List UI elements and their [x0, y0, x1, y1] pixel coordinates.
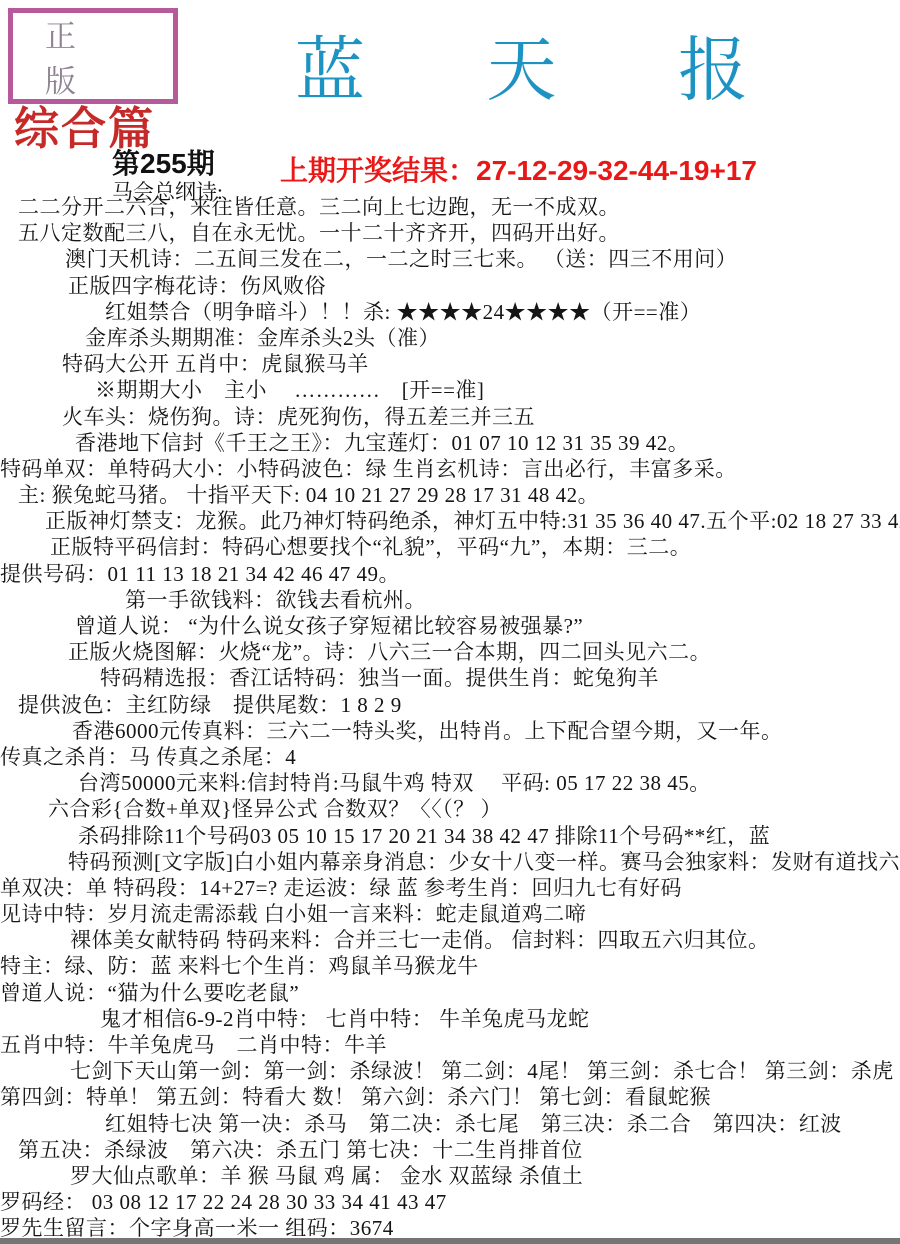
authentic-badge: 正 版	[8, 8, 178, 104]
body-text: 二二分开二六合，来往皆任意。三二向上七边跑，无一不成双。五八定数配三八，自在永无…	[0, 194, 900, 1242]
last-draw-result: 上期开奖结果：27-12-29-32-44-19+17	[280, 149, 757, 189]
text-line: 六合彩{合数+单双}怪异公式 合数双？〈〈（？ ）	[0, 796, 900, 822]
text-line: 第一手欲钱料：欲钱去看杭州。	[0, 587, 900, 613]
text-line: 第五决：杀绿波 第六决：杀五门 第七决：十二生肖排首位	[0, 1137, 900, 1163]
text-line: 火车头：烧伤狗。诗：虎死狗伤，得五差三并三五	[0, 404, 900, 430]
text-line: 二二分开二六合，来往皆任意。三二向上七边跑，无一不成双。	[0, 194, 900, 220]
text-line: 澳门天机诗：二五间三发在二，一二之时三七来。 （送：四三不用问）	[0, 246, 900, 272]
newspaper-page: 正 版 蓝 天 报 综合篇 第255期 上期开奖结果：27-12-29-32-4…	[0, 0, 900, 1244]
text-line: 台湾50000元来料:信封特肖:马鼠牛鸡 特双 平码: 05 17 22 38 …	[0, 770, 900, 796]
text-line: 红姐禁合（明争暗斗）！！杀: ★★★★24★★★★（开==准）	[0, 299, 900, 325]
text-line: 提供波色：主红防绿 提供尾数：1 8 2 9	[0, 692, 900, 718]
text-line: 五肖中特：牛羊兔虎马 二肖中特：牛羊	[0, 1032, 900, 1058]
text-line: 提供号码：01 11 13 18 21 34 42 46 47 49。	[0, 561, 900, 587]
text-line: 七剑下天山第一剑：第一剑：杀绿波！ 第二剑：4尾！ 第三剑：杀七合！ 第三剑：杀…	[0, 1058, 900, 1084]
text-line: 曾道人说：“猫为什么要吃老鼠”	[0, 980, 900, 1006]
text-line: 杀码排除11个号码03 05 10 15 17 20 21 34 38 42 4…	[0, 823, 900, 849]
text-line: 曾道人说： “为什么说女孩子穿短裙比较容易被强暴?”	[0, 613, 900, 639]
text-line: 见诗中特：岁月流走需添载 白小姐一言来料：蛇走鼠道鸡二啼	[0, 901, 900, 927]
text-line: 单双决：单 特码段：14+27=? 走运波：绿 蓝 参考生肖：回归九七有好码	[0, 875, 900, 901]
text-line: 罗大仙点歌单：羊 猴 马鼠 鸡 属： 金水 双蓝绿 杀值土	[0, 1163, 900, 1189]
text-line: 传真之杀肖：马 传真之杀尾：4	[0, 744, 900, 770]
text-line: 香港6000元传真料：三六二一特头奖，出特肖。上下配合望今期，又一年。	[0, 718, 900, 744]
text-line: 正版火烧图解：火烧“龙”。诗：八六三一合本期，四二回头见六二。	[0, 639, 900, 665]
text-line: 特码大公开 五肖中：虎鼠猴马羊	[0, 351, 900, 377]
text-line: 鬼才相信6-9-2肖中特： 七肖中特： 牛羊兔虎马龙蛇	[0, 1006, 900, 1032]
text-line: 红姐特七决 第一决：杀马 第二决：杀七尾 第三决：杀二合 第四决：红波	[0, 1111, 900, 1137]
text-line: 正版神灯禁支：龙猴。此乃神灯特码绝杀，神灯五中特:31 35 36 40 47.…	[0, 508, 900, 534]
page-title: 蓝 天 报	[295, 14, 800, 115]
text-line: 罗码经： 03 08 12 17 22 24 28 30 33 34 41 43…	[0, 1189, 900, 1215]
text-line: ※期期大小 主小 ………… [开==准]	[0, 377, 900, 403]
text-line: 特主：绿、防：蓝 来料七个生肖：鸡鼠羊马猴龙牛	[0, 953, 900, 979]
text-line: 香港地下信封《千王之王》：九宝莲灯：01 07 10 12 31 35 39 4…	[0, 430, 900, 456]
text-line: 特码精选报：香江话特码：独当一面。提供生肖：蛇兔狗羊	[0, 665, 900, 691]
text-line: 五八定数配三八，自在永无忧。一十二十齐齐开，四码开出好。	[0, 220, 900, 246]
authentic-badge-label: 正 版	[11, 11, 175, 101]
text-line: 裸体美女献特码 特码来料：合并三七一走俏。 信封料：四取五六归其位。	[0, 927, 900, 953]
text-line: 正版四字梅花诗：伤风败俗	[0, 273, 900, 299]
text-line: 特码预测[文字版]白小姐内幕亲身消息：少女十八变一样。赛马会独家料：发财有道找六…	[0, 849, 900, 875]
text-line: 正版特平码信封：特码心想要找个“礼貌”，平码“九”，本期：三二。	[0, 534, 900, 560]
bottom-scan-edge	[0, 1238, 900, 1244]
text-line: 金库杀头期期准：金库杀头2头（准）	[0, 325, 900, 351]
text-line: 特码单双：单特码大小：小特码波色：绿 生肖玄机诗：言出必行，丰富多采。	[0, 456, 900, 482]
text-line: 第四剑：特单！ 第五剑：特看大 数！ 第六剑：杀六门！ 第七剑：看鼠蛇猴	[0, 1084, 900, 1110]
text-line: 主: 猴兔蛇马猪。 十指平天下: 04 10 21 27 29 28 17 31…	[0, 482, 900, 508]
